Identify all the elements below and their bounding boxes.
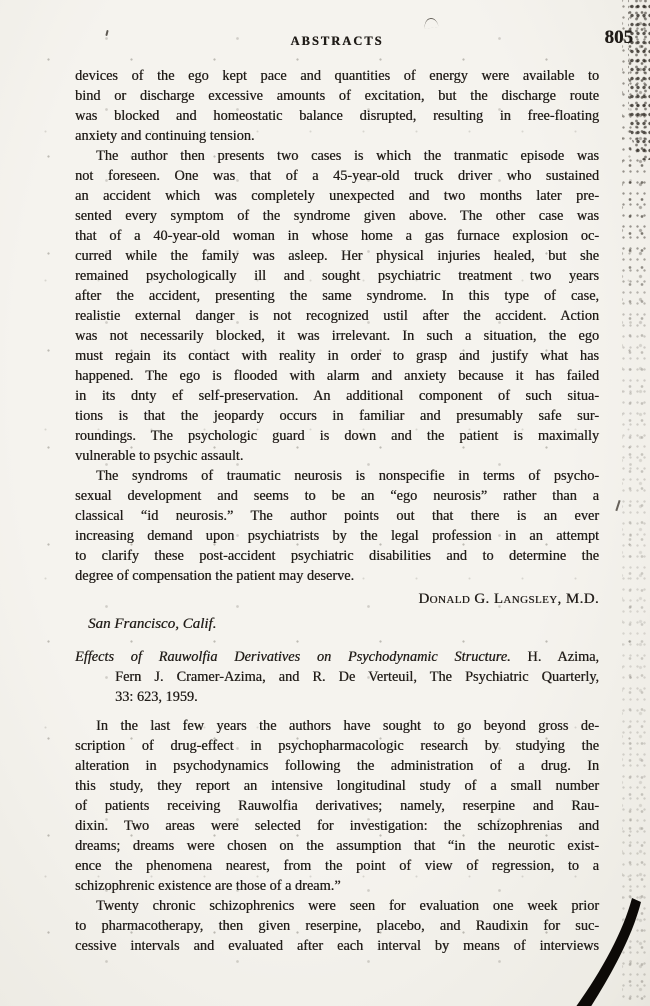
text-line: to clarify these post-accident psychiatr… <box>75 546 599 566</box>
text-line: scription of drug-effect in psychopharma… <box>75 736 599 756</box>
text-line: schizophrenic existence are those of a d… <box>75 876 599 896</box>
text-line: roundings. The psychologic guard is down… <box>75 426 599 446</box>
stray-hairline-mark <box>423 17 438 29</box>
text-line: curred while the family was asleep. Her … <box>75 246 599 266</box>
text-line: cessive intervals and evaluated after ea… <box>75 936 599 956</box>
text-line: degree of compensation the patient may d… <box>75 566 599 586</box>
text-line: that of a 40-year-old woman in whose hom… <box>75 226 599 246</box>
text-line: sexual development and seems to be an “e… <box>75 486 599 506</box>
text-line: The author then presents two cases is wh… <box>75 146 599 166</box>
text-line: ence the phenomena nearest, from the poi… <box>75 856 599 876</box>
citation-line: Effects of Rauwolfia Derivatives on Psyc… <box>75 647 599 667</box>
text-line: sented every symptom of the syndrome giv… <box>75 206 599 226</box>
text-line: classical “id neurosis.” The author poin… <box>75 506 599 526</box>
scanned-journal-page: { "header": { "title": "ABSTRACTS", "pag… <box>0 0 650 1006</box>
text-line: dreams; dreams were chosen on the assump… <box>75 836 599 856</box>
stray-dash-mark <box>634 900 636 909</box>
text-line: Twenty chronic schizophrenics were seen … <box>75 896 599 916</box>
text-line: The syndroms of traumatic neurosis is no… <box>75 466 599 486</box>
text-line: must regain its contact with reality in … <box>75 346 599 366</box>
text-line: alteration in psychodynamics following t… <box>75 756 599 776</box>
text-line: increasing demand upon psychiatrists by … <box>75 526 599 546</box>
text-line: vulnerable to psychic assault. <box>75 446 599 466</box>
citation-authors: H. Azima, <box>527 649 599 665</box>
text-line: devices of the ego kept pace and quantit… <box>75 66 599 86</box>
paragraph: The syndroms of traumatic neurosis is no… <box>75 466 599 586</box>
text-line: dixin. Two areas were selected for inves… <box>75 816 599 836</box>
text-line: was not necessarily blocked, it was irre… <box>75 326 599 346</box>
paragraph: In the last few years the authors have s… <box>75 716 599 896</box>
text-line: bind or discharge excessive amounts of e… <box>75 86 599 106</box>
paragraph: The author then presents two cases is wh… <box>75 146 599 466</box>
author-byline: Donald G. Langsley, M.D. <box>75 589 599 609</box>
text-line: this study, they report an intensive lon… <box>75 776 599 796</box>
author-location: San Francisco, Calif. <box>75 614 599 634</box>
text-line: tions is that the jeopardy occurs in fam… <box>75 406 599 426</box>
text-line: an accident which was completely unexpec… <box>75 186 599 206</box>
citation-line: Fern J. Cramer-Azima, and R. De Verteuil… <box>115 667 599 687</box>
text-column: devices of the ego kept pace and quantit… <box>75 66 599 956</box>
text-line: of patients receiving Rauwolfia derivati… <box>75 796 599 816</box>
stray-slash-mark <box>615 500 620 511</box>
running-head-title: ABSTRACTS <box>75 34 599 49</box>
text-line: happened. The ego is flooded with alarm … <box>75 366 599 386</box>
text-line: realistie external danger is not recogni… <box>75 306 599 326</box>
text-line: to pharmacotherapy, then given reserpine… <box>75 916 599 936</box>
citation-line: 33: 623, 1959. <box>115 687 599 707</box>
abstract-citation: Effects of Rauwolfia Derivatives on Psyc… <box>75 647 599 707</box>
top-right-corner-noise <box>628 0 650 160</box>
running-head-row: ABSTRACTS <box>75 34 599 49</box>
page-number: 805 <box>605 27 634 49</box>
paragraph: Twenty chronic schizophrenics were seen … <box>75 896 599 956</box>
text-line: not foreseen. One was that of a 45-year-… <box>75 166 599 186</box>
text-line: was blocked and homeostatic balance disr… <box>75 106 599 126</box>
text-line: anxiety and continuing tension. <box>75 126 599 146</box>
paragraph: devices of the ego kept pace and quantit… <box>75 66 599 146</box>
text-line: In the last few years the authors have s… <box>75 716 599 736</box>
text-line: remained psychologically ill and sought … <box>75 266 599 286</box>
citation-title: Effects of Rauwolfia Derivatives on Psyc… <box>75 649 511 665</box>
text-line: in its dnty ef self-preservation. An add… <box>75 386 599 406</box>
text-line: after the accident, presenting the same … <box>75 286 599 306</box>
right-edge-scan-noise <box>622 0 650 1006</box>
